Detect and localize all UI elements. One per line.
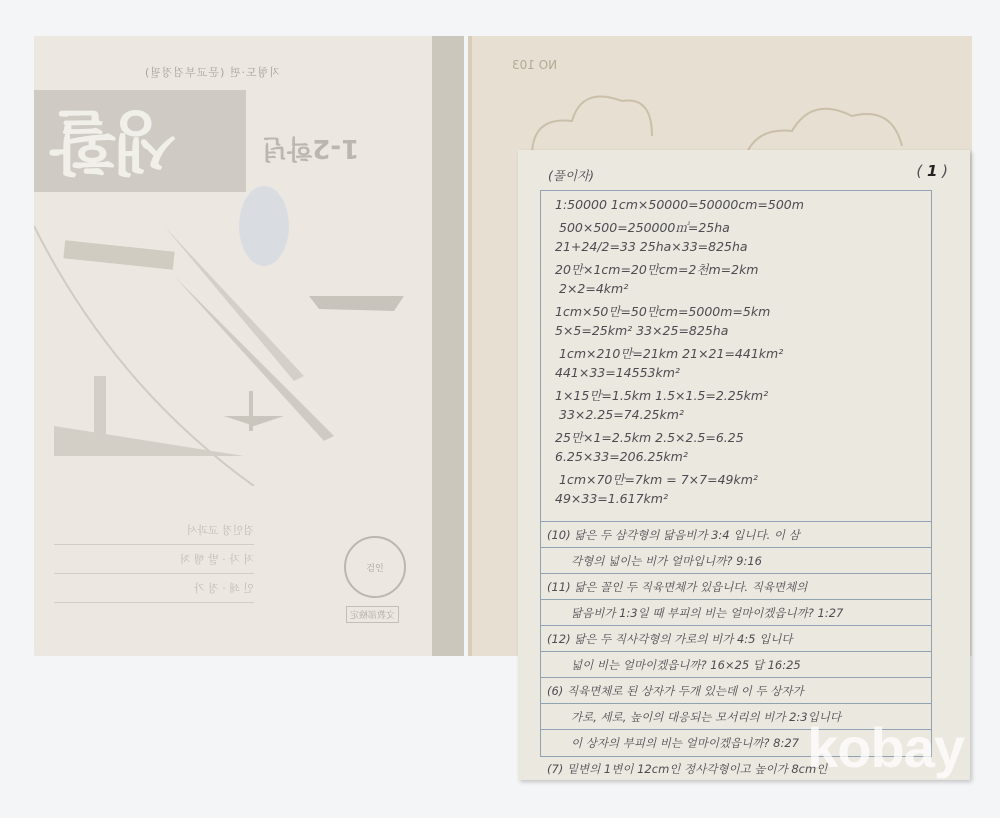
- rule-line: [541, 573, 931, 574]
- back-page-label: NO 103: [512, 58, 557, 72]
- problem-line: (12) 닮은 두 직사각형의 가로의 비가 4:5 입니다: [547, 631, 792, 647]
- problem-line: 이 상자의 부피의 비는 얼마이겠읍니까? 8:27: [571, 735, 799, 751]
- calc-line: 33×2.25=74.25km²: [559, 407, 684, 422]
- calc-line: 6.25×33=206.25km²: [555, 449, 688, 464]
- calc-line: 2×2=4km²: [559, 281, 628, 296]
- cover-subtitle: 1-2학년: [262, 132, 359, 169]
- header-label: (풀이자): [548, 166, 594, 184]
- calc-line: 25만×1=2.5km 2.5×2.5=6.25: [555, 428, 744, 446]
- publisher-line: 지형도·편 (문교부검정필): [144, 64, 280, 80]
- problem-line: (7) 밑변의 1변이 12cm인 정사각형이고 높이가 8cm인: [547, 761, 827, 777]
- problem-line: 넓이 비는 얼마이겠읍니까? 16×25 답 16:25: [571, 657, 801, 673]
- calc-line: 1×15만=1.5km 1.5×1.5=2.25km²: [555, 386, 768, 404]
- calc-line: 20만×1cm=20만cm=2천m=2km: [555, 260, 758, 278]
- info-line: 저 자 · 발 행 처: [54, 545, 254, 574]
- cover-illustration: [34, 186, 434, 486]
- problem-line: 각형의 넓이는 비가 얼마입니까? 9:16: [571, 553, 762, 569]
- info-line: 인 쇄 · 정 가: [54, 574, 254, 603]
- seal-stamp: 검인: [344, 536, 406, 598]
- rule-line: [541, 651, 931, 652]
- calc-line: 1cm×210만=21km 21×21=441km²: [559, 344, 783, 362]
- problem-line: (6) 직육면체로 된 상자가 두개 있는데 이 두 상자가: [547, 683, 804, 699]
- watermark: kobay: [807, 715, 964, 780]
- problem-line: 닮음비가 1:3일 때 부피의 비는 얼마이겠읍니까? 1:27: [571, 605, 843, 621]
- calc-line: 21+24/2=33 25ha×33=825ha: [555, 239, 748, 254]
- problem-line: 가로, 세로, 높이의 대응되는 모서리의 비가 2:3입니다: [571, 709, 841, 725]
- rule-line: [541, 677, 931, 678]
- problem-line: (11) 닮은 꼴인 두 직육면체가 있읍니다. 직육면체의: [547, 579, 807, 595]
- page-number: ( 1 ): [916, 162, 948, 180]
- stamp-label: 文教部檢定: [346, 606, 399, 623]
- ruled-sheet: 1:50000 1cm×50000=50000cm=500m500×500=25…: [540, 190, 932, 757]
- calc-line: 441×33=14553km²: [555, 365, 680, 380]
- rule-line: [541, 625, 931, 626]
- calc-line: 500×500=250000㎡=25ha: [559, 218, 730, 236]
- problem-line: (10) 닮은 두 삼각형의 닮음비가 3:4 입니다. 이 삼: [547, 527, 800, 543]
- info-line: 검인정 교과서: [54, 516, 254, 545]
- rule-line: [541, 599, 931, 600]
- rule-line: [541, 521, 931, 522]
- rule-line: [541, 547, 931, 548]
- book-cover: 지형도·편 (문교부검정필) 생활 1-2학년 검인정 교과서 저 자 · 발 …: [34, 36, 434, 656]
- title-box: 생활: [34, 90, 246, 192]
- calc-line: 49×33=1.617km²: [555, 491, 668, 506]
- cover-info-block: 검인정 교과서 저 자 · 발 행 처 인 쇄 · 정 가: [54, 516, 254, 603]
- notebook-page: (풀이자) ( 1 ) 1:50000 1cm×50000=50000cm=50…: [518, 150, 970, 780]
- rule-line: [541, 703, 931, 704]
- book-spine: [432, 36, 464, 656]
- calc-line: 1:50000 1cm×50000=50000cm=500m: [555, 197, 804, 212]
- cover-title: 생활: [54, 98, 177, 195]
- calc-line: 5×5=25km² 33×25=825ha: [555, 323, 728, 338]
- calc-line: 1cm×70만=7km = 7×7=49km²: [559, 470, 758, 488]
- calc-line: 1cm×50만=50만cm=5000m=5km: [555, 302, 770, 320]
